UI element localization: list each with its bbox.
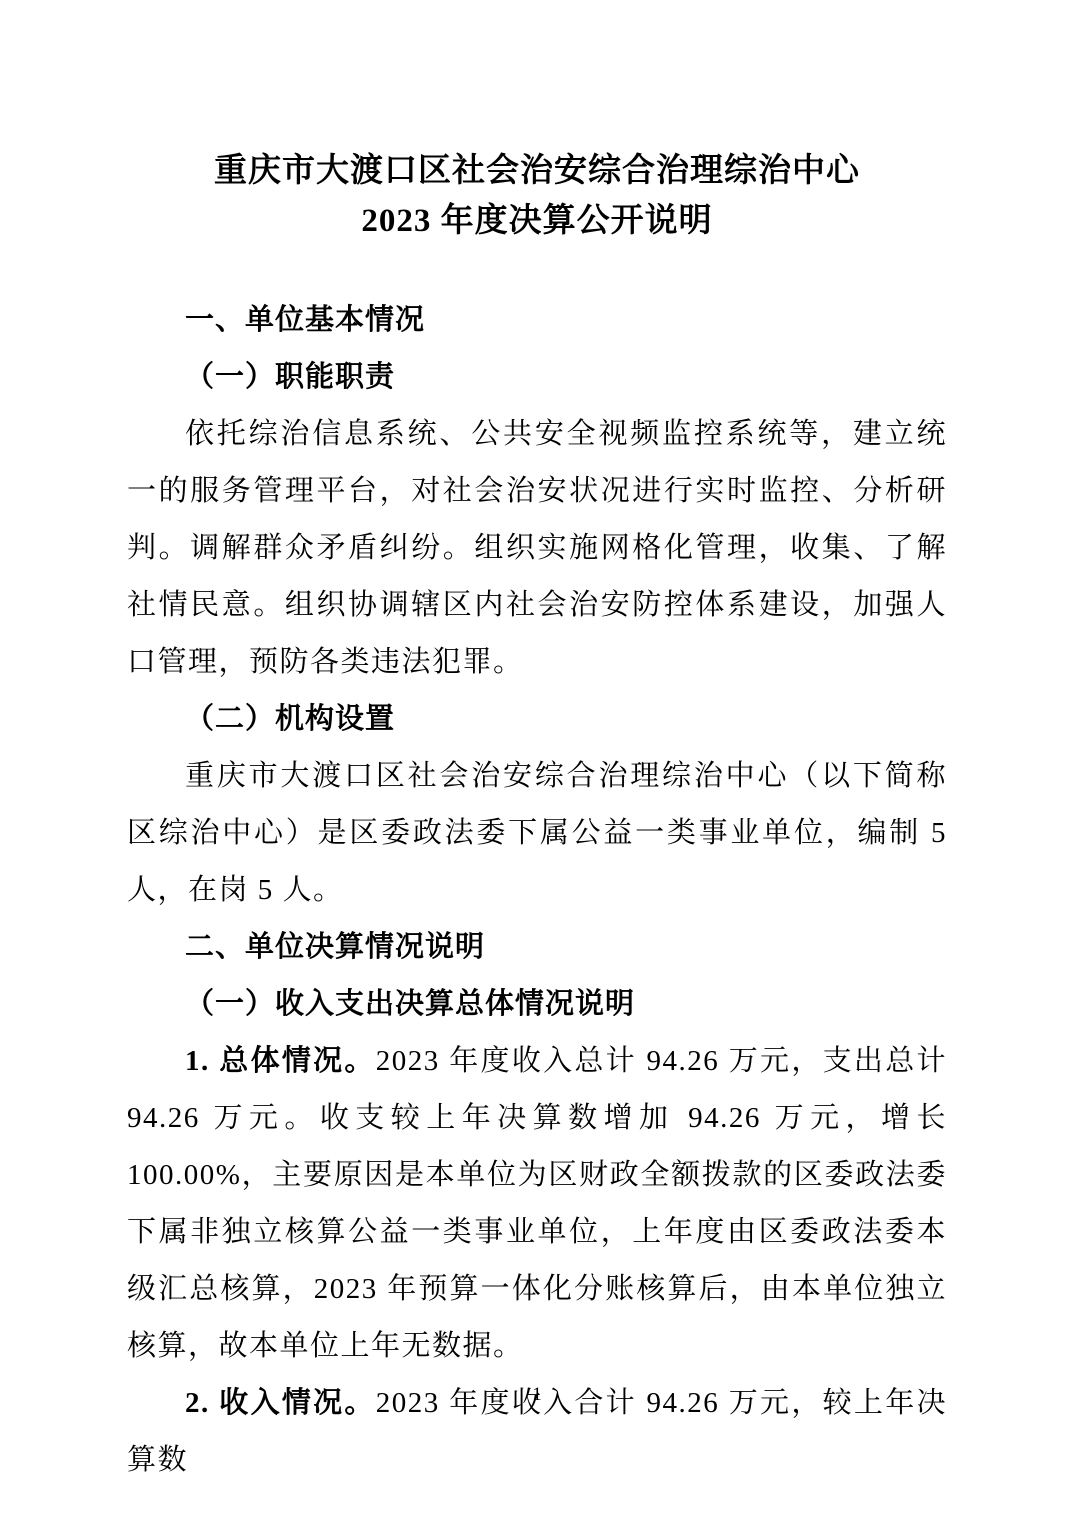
section-heading-final-accounts: 二、单位决算情况说明 — [127, 919, 947, 976]
subsection-heading-organization: （二）机构设置 — [127, 691, 947, 748]
page-number: 1 — [0, 1383, 1074, 1407]
document-title: 重庆市大渡口区社会治安综合治理综治中心 2023 年度决算公开说明 — [127, 146, 947, 246]
document-page: 重庆市大渡口区社会治安综合治理综治中心 2023 年度决算公开说明 一、单位基本… — [0, 0, 1074, 1520]
paragraph-overall-situation: 1. 总体情况。2023 年度收入总计 94.26 万元，支出总计 94.26 … — [127, 1033, 947, 1375]
paragraph-organization: 重庆市大渡口区社会治安综合治理综治中心（以下简称区综治中心）是区委政法委下属公益… — [127, 748, 947, 919]
paragraph-duties: 依托综治信息系统、公共安全视频监控系统等，建立统一的服务管理平台，对社会治安状况… — [127, 406, 947, 691]
subsection-heading-duties: （一）职能职责 — [127, 349, 947, 406]
paragraph-overall-situation-body: 2023 年度收入总计 94.26 万元，支出总计 94.26 万元。收支较上年… — [127, 1045, 947, 1362]
subsection-heading-income-expenditure-overview: （一）收入支出决算总体情况说明 — [127, 976, 947, 1033]
paragraph-overall-situation-lead: 1. 总体情况。 — [185, 1045, 376, 1077]
section-heading-unit-basic-info: 一、单位基本情况 — [127, 292, 947, 349]
title-line-2: 2023 年度决算公开说明 — [127, 196, 947, 246]
title-line-1: 重庆市大渡口区社会治安综合治理综治中心 — [127, 146, 947, 196]
